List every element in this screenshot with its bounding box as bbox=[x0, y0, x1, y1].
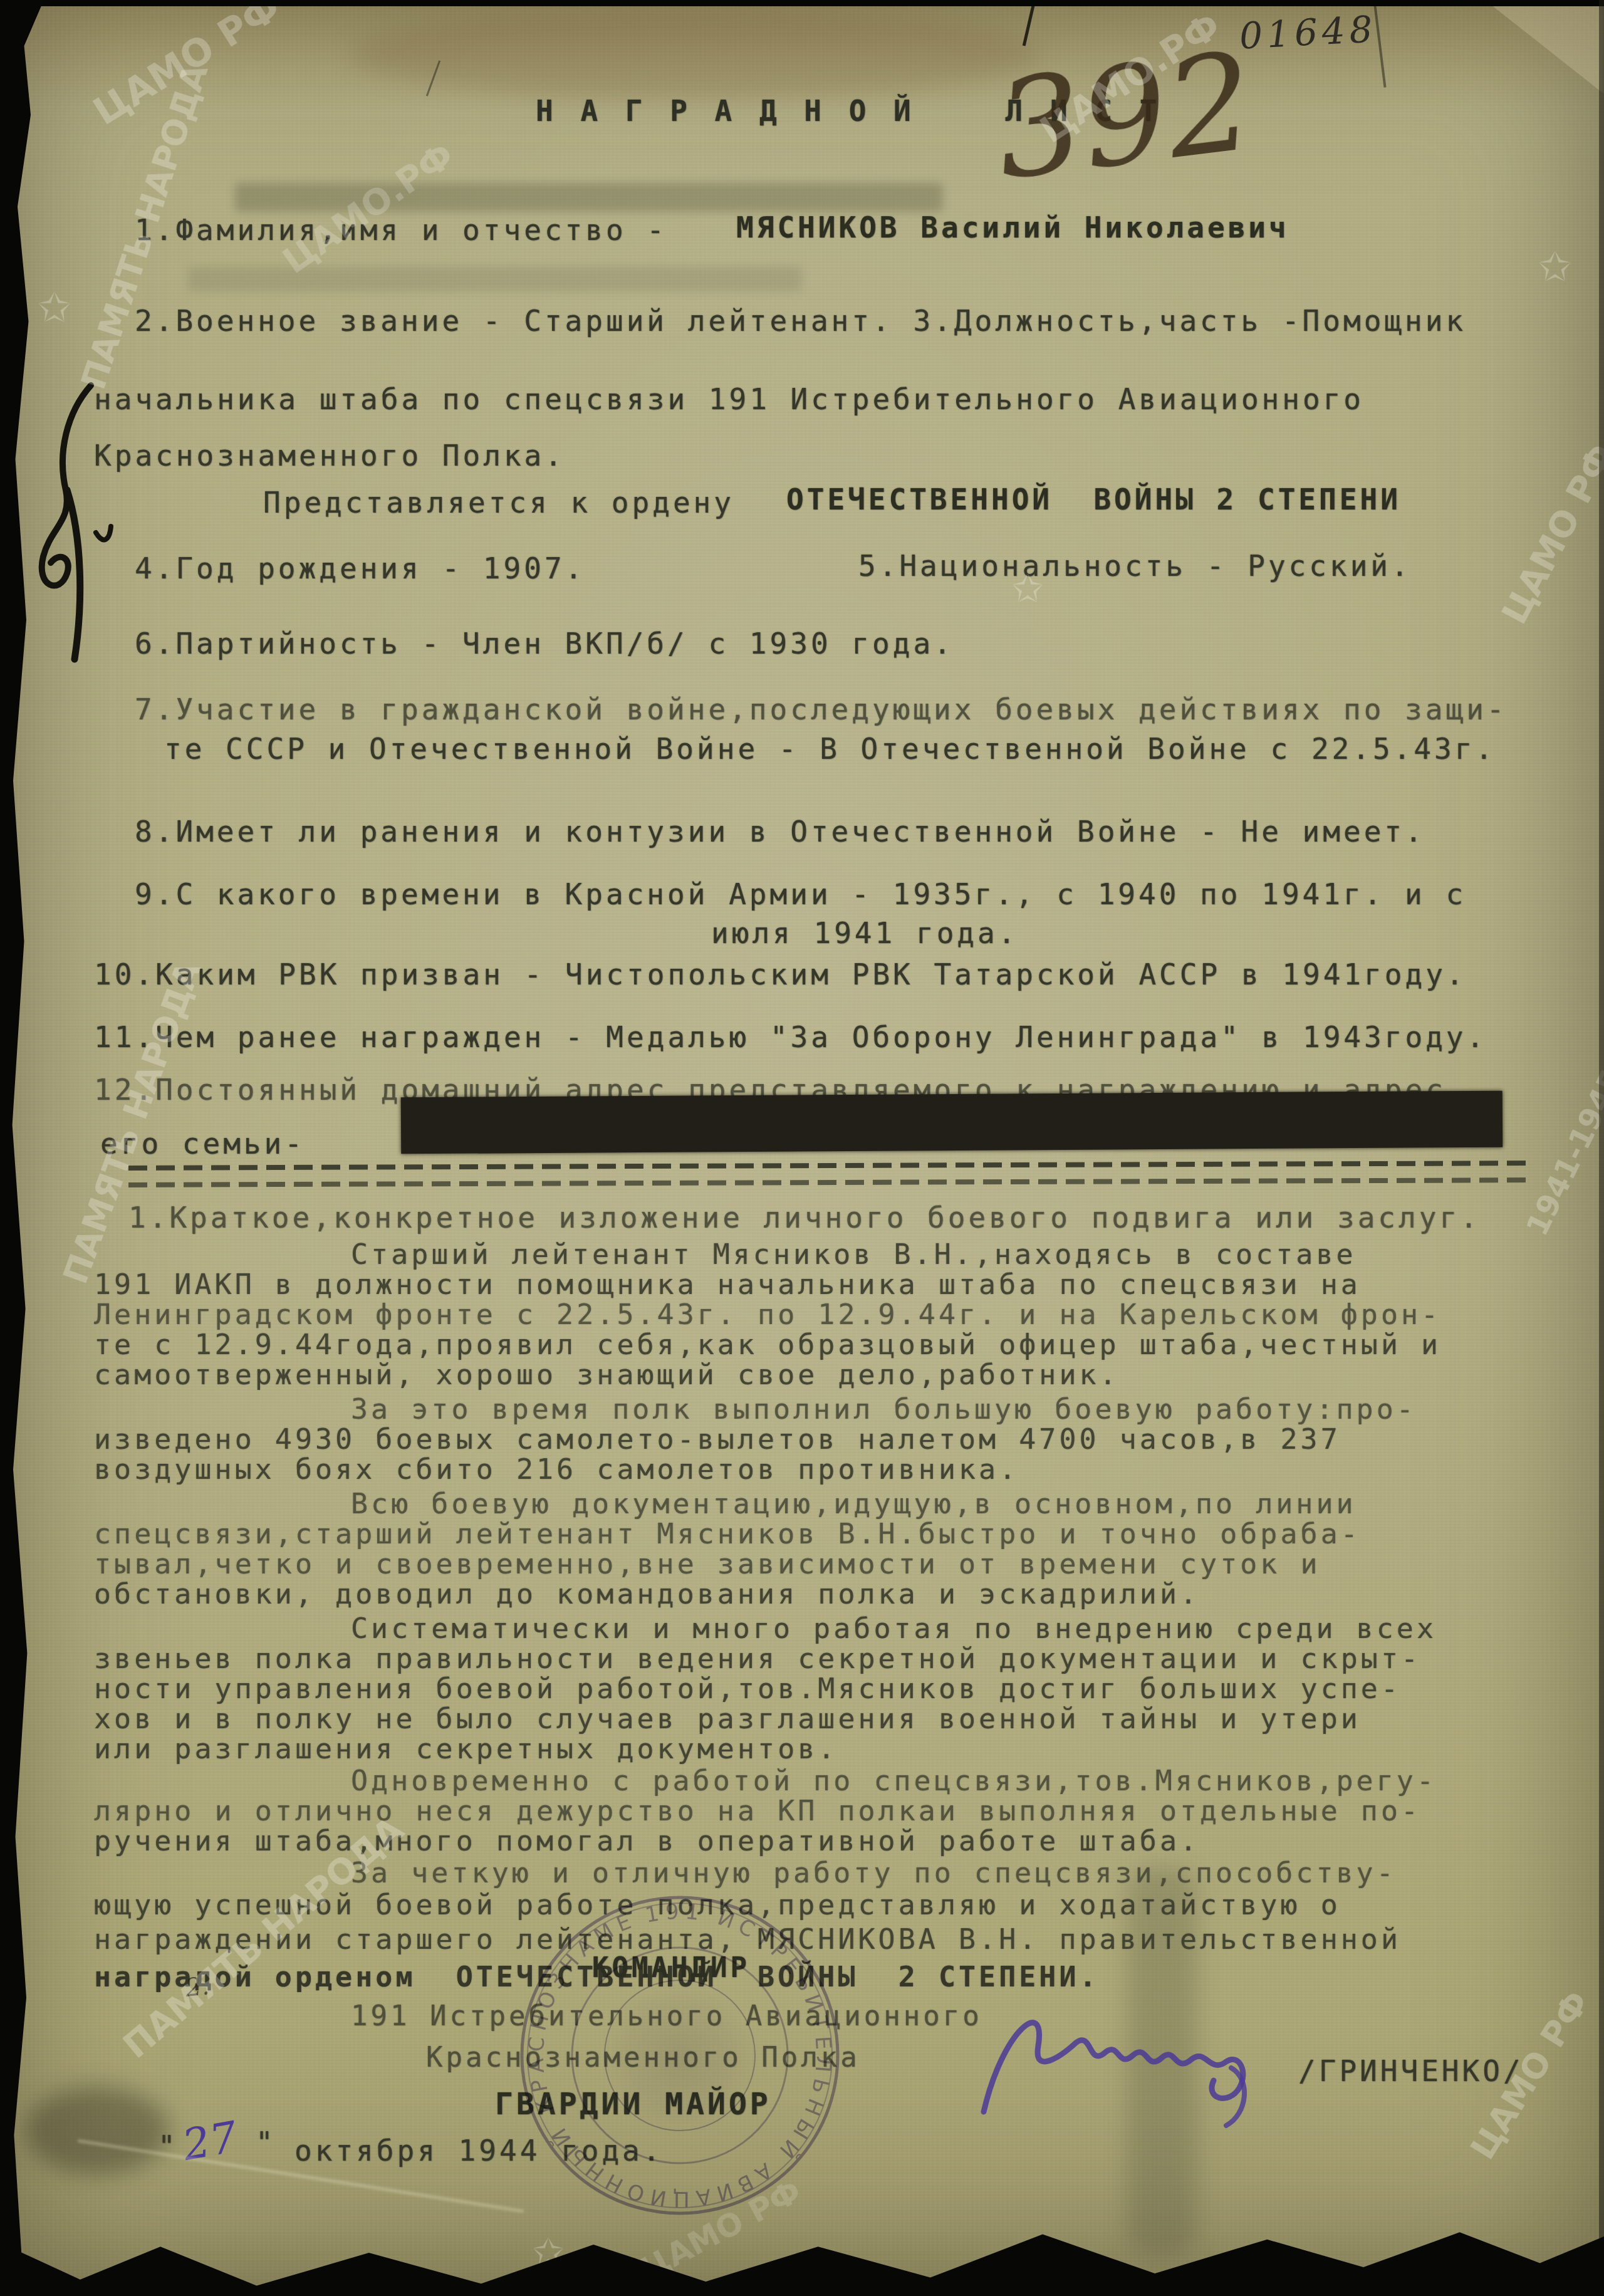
field-army-service-2: июля 1941 года. bbox=[711, 916, 1018, 950]
body-line: самоотверженный, хорошо знающий свое дел… bbox=[94, 1358, 1120, 1391]
field-war-participation-2: те СССР и Отечественной Войне - В Отечес… bbox=[164, 732, 1496, 766]
body-line: Старший лейтенант Мясников В.Н.,находясь… bbox=[351, 1238, 1357, 1271]
bleedthrough-smudge bbox=[235, 183, 943, 212]
body-line: изведено 4930 боевых самолето-вылетов на… bbox=[94, 1422, 1341, 1456]
field-rank-position: 2.Военное звание - Старший лейтенант. 3.… bbox=[135, 304, 1466, 338]
body-line: обстановки, доводил до командования полк… bbox=[94, 1577, 1200, 1610]
body-line: За это время полк выполнил большую боеву… bbox=[351, 1392, 1417, 1426]
field-position-cont2: Краснознаменного Полка. bbox=[94, 439, 565, 472]
field-name-label: 1.Фамилия,имя и отчество - bbox=[135, 213, 667, 247]
archive-number-handwritten: 01648 bbox=[1238, 8, 1378, 57]
body-line: тывал,четко и своевременно,вне зависимос… bbox=[94, 1547, 1321, 1580]
body-line: или разглашения секретных документов. bbox=[94, 1732, 838, 1765]
pencil-number-handwritten: 392 bbox=[987, 23, 1262, 210]
field-army-service-1: 9.С какого времени в Красной Армии - 193… bbox=[135, 877, 1466, 911]
field-birth-year: 4.Год рождения - 1907. bbox=[135, 551, 585, 585]
field-position-cont1: начальника штаба по спецсвязи 191 Истреб… bbox=[94, 382, 1364, 416]
commander-signature-ink bbox=[968, 1980, 1263, 2156]
section2-heading: 1.Краткое,конкретное изложение личного б… bbox=[128, 1201, 1481, 1234]
body-line: Всю боевую документацию,идущую,в основно… bbox=[351, 1487, 1357, 1520]
redaction-bar bbox=[401, 1091, 1503, 1154]
margin-small-note: 2. bbox=[184, 1971, 211, 2003]
field-name-value: МЯСНИКОВ Василий Николаевич bbox=[736, 211, 1289, 244]
scan-edge-right bbox=[1599, 0, 1604, 2296]
field-drafted-by: 10.Каким РВК призван - Чистопольским РВК… bbox=[94, 958, 1467, 991]
signature-surname-typed: /ГРИНЧЕНКО/ bbox=[1298, 2054, 1524, 2088]
award-sheet-scan: Н А Г Р А Д Н О Й Л И С Т 01648 392 1.Фа… bbox=[0, 0, 1604, 2296]
stain-top bbox=[351, 6, 1040, 100]
body-line: те с 12.9.44года,проявил себя,как образц… bbox=[94, 1328, 1441, 1361]
margin-ink-mark bbox=[16, 376, 122, 677]
body-line: Ленинградском фронте с 22.5.43г. по 12.9… bbox=[94, 1298, 1441, 1331]
edge-blot bbox=[25, 2087, 169, 2174]
body-line: Одновременно с работой по спецсвязи,тов.… bbox=[351, 1764, 1437, 1797]
body-line: 191 ИАКП в должности помощника начальник… bbox=[94, 1268, 1361, 1301]
date-quote-open: " bbox=[158, 2129, 179, 2163]
field-war-participation-1: 7.Участие в гражданской войне,последующи… bbox=[135, 692, 1508, 726]
body-line: звеньев полка правильности ведения секре… bbox=[94, 1642, 1421, 1675]
body-line: лярно и отлично неся дежурство на КП пол… bbox=[94, 1794, 1421, 1827]
presented-label: Представляется к ордену bbox=[263, 486, 734, 519]
body-line: ручения штаба,много помогал в оперативно… bbox=[94, 1824, 1200, 1857]
body-line: ности управления боевой работой,тов.Мясн… bbox=[94, 1672, 1401, 1705]
field-home-address-2: его семьи- bbox=[100, 1127, 305, 1161]
body-line: воздушных боях сбито 216 самолетов проти… bbox=[94, 1453, 1019, 1486]
field-prior-awards: 11.Чем ранее награжден - Медалью "За Обо… bbox=[94, 1020, 1487, 1054]
field-party: 6.Партийность - Член ВКП/б/ с 1930 года. bbox=[135, 627, 954, 660]
body-line: Систематически и много работая по внедре… bbox=[351, 1612, 1437, 1645]
date-quote-close: " bbox=[256, 2126, 276, 2159]
presented-award: ОТЕЧЕСТВЕННОЙ ВОЙНЫ 2 СТЕПЕНИ bbox=[786, 483, 1401, 516]
field-nationality: 5.Национальность - Русский. bbox=[858, 549, 1412, 583]
scan-edge-top bbox=[0, 0, 1604, 6]
bleedthrough-smudge-2 bbox=[188, 266, 802, 291]
body-line: За четкую и отличную работу по спецсвязи… bbox=[351, 1856, 1397, 1889]
body-line: спецсвязи,старший лейтенант Мясников В.Н… bbox=[94, 1517, 1361, 1550]
body-line: хов и в полку не было случаев разглашени… bbox=[94, 1702, 1361, 1735]
field-wounds: 8.Имеет ли ранения и контузии в Отечеств… bbox=[135, 815, 1425, 848]
